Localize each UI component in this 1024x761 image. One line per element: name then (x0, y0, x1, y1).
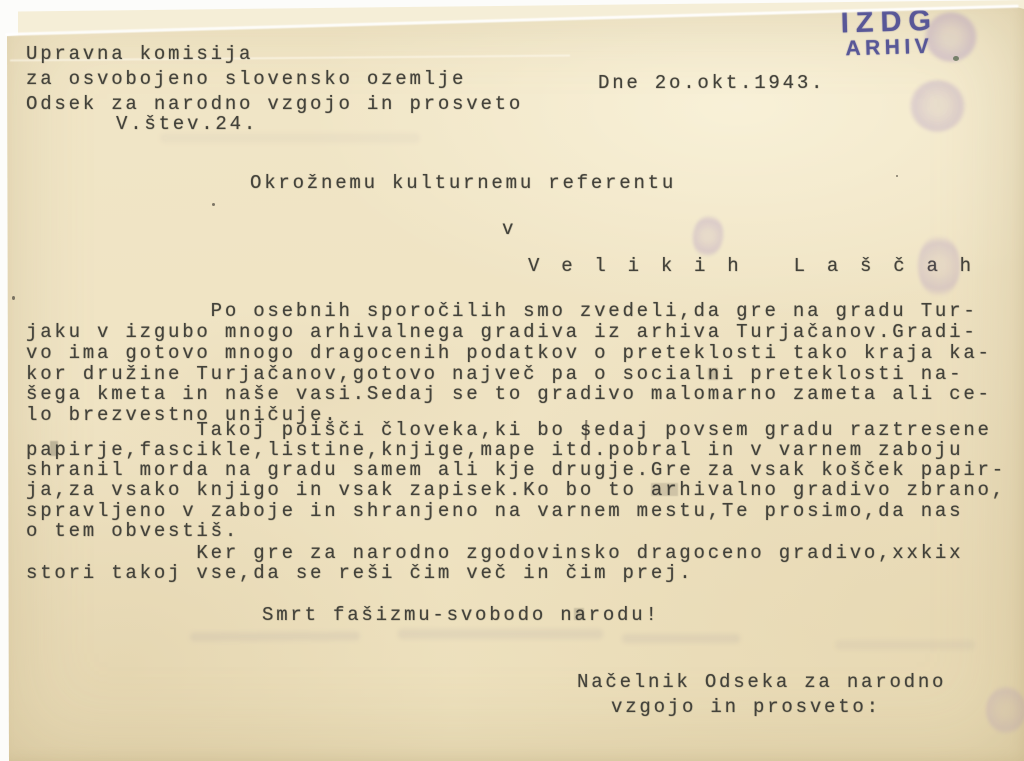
round-stamp-stain (918, 235, 960, 297)
paper-speck (12, 296, 15, 300)
document-page: Upravna komisija za osvobojeno slovensko… (0, 0, 1024, 761)
signature-line-2: vzgojo in prosveto: (611, 698, 881, 717)
overstrike-mark (708, 368, 718, 380)
bleed-through-smudge (622, 634, 740, 643)
signature-line-1: Načelnik Odseka za narodno (577, 673, 946, 692)
paper-speck (896, 175, 898, 177)
bleed-through-smudge (398, 629, 603, 639)
stamp-stain (986, 686, 1024, 734)
archive-stamp: IZDG ARHIV (840, 7, 939, 60)
round-stamp-stain (910, 80, 965, 132)
overstrike-mark (574, 608, 584, 620)
paper-speck (212, 203, 215, 206)
bleed-through-smudge (160, 133, 420, 143)
overstrike-mark (50, 441, 58, 456)
bleed-through-smudge (190, 631, 360, 641)
bleed-through-smudge (835, 640, 975, 650)
ink-dot (953, 56, 959, 61)
overstrike-mark (651, 483, 678, 496)
archive-stamp-line-2: ARHIV (845, 36, 939, 60)
scanned-letter-1943: { "stamp": { "line1": "IZDG", "line2": "… (0, 0, 1024, 761)
